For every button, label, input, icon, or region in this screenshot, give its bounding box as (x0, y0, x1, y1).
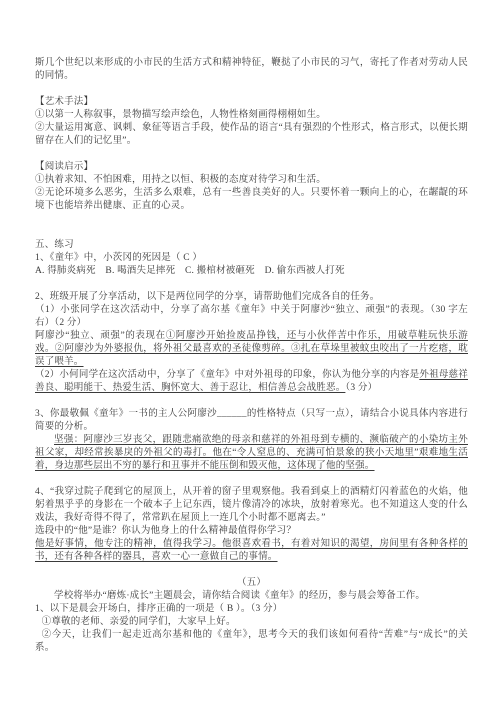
question-4-passage: 4、“我穿过院子爬到它的屋顶上，从开着的窗子里观察他。我看到桌上的酒精灯闪着蓝色… (35, 486, 468, 525)
reading-insight-item-2: ②无论环境多么恶劣，生活多么艰难，总有一些善良美好的人。只要怀着一颗向上的心，在… (35, 187, 468, 213)
text-segment: 阿廖沙“独立、顽强”的表现在 (35, 331, 166, 341)
question-1-options: A. 得肺炎病死 B. 喝酒失足摔死 C. 搬棺材被砸死 D. 偷东西被人打死 (35, 265, 468, 278)
question-2: 2、班级开展了分享活动，以下是两位同学的分享，请帮助他们完成各自的任务。 (35, 291, 468, 304)
section-header-exercises: 五、练习 (35, 239, 468, 252)
text-segment: 1、《童年》中，小茨冈的死因是（ C ） (35, 253, 202, 263)
art-technique-item-2: ②大量运用寓意、讽刺、象征等语言手段，使作品的语言“具有强烈的个性形式，格言形式… (35, 122, 468, 148)
section-header-five: （五） (35, 577, 468, 590)
reading-insight-item-1: ①执着求知、不怕困难，用持之以恒、积极的态度对待学习和生活。 (35, 174, 468, 187)
answer-text: 坚强：阿廖沙三岁丧父，跟随悲痛欲绝的母亲和慈祥的外祖母到专横的、濒临破产的小染坊… (35, 435, 468, 471)
section-five-question-1: 1、以下是晨会开场白，排序正确的一项是（ B ）。（3 分） (35, 603, 468, 616)
text-segment: 学校将举办“磨炼·成长”主题晨会，请你结合阅读《童年》的经历，参与晨会筹备工作。 (54, 591, 425, 601)
text-segment: 2、班级开展了分享活动，以下是两位同学的分享，请帮助他们完成各自的任务。 (35, 292, 379, 302)
answer-text: 他是好事情，他专注的精神，值得我学习。他很喜欢看书，有着对知识的渴望，房间里有各… (35, 539, 468, 562)
text-segment: 【阅读启示】 (35, 162, 93, 172)
section-five-intro: 学校将举办“磨炼·成长”主题晨会，请你结合阅读《童年》的经历，参与晨会筹备工作。 (35, 590, 468, 603)
text-segment: 4、“我穿过院子爬到它的屋顶上，从开着的窗子里观察他。我看到桌上的酒精灯闪着蓝色… (35, 487, 468, 523)
text-segment: ②今天，让我们一起走近高尔基和他的《童年》，思考今天的我们该如何看待“苦难”与“… (35, 630, 468, 653)
art-technique-item-1: ①以第一人称叙事，景物描写绘声绘色，人物性格刻画得栩栩如生。 (35, 109, 468, 122)
text-segment: （2）小何同学在这次活动中，分享了《童年》中对外祖母的印象，你认为他分享的内容是 (35, 370, 419, 380)
section-header-art-techniques: 【艺术手法】 (35, 96, 468, 109)
question-2-part-1: （1）小张同学在这次活动中，分享了高尔基《童年》中关于阿廖沙“独立、顽强”的表现… (35, 304, 468, 330)
text-segment: 五、练习 (35, 240, 74, 250)
text-segment: ①执着求知、不怕困难，用持之以恒、积极的态度对待学习和生活。 (35, 175, 326, 185)
question-2-part-1-answer: 阿廖沙“独立、顽强”的表现在①阿廖沙开始捡废品挣钱，还与小伙伴苦中作乐，用破草鞋… (35, 330, 468, 369)
text-segment: （五） (237, 578, 266, 588)
question-3: 3、你最敬佩《童年》一书的主人公阿廖沙______的性格特点（只写一点），请结合… (35, 408, 468, 434)
section-header-reading-insights: 【阅读启示】 (35, 161, 468, 174)
question-3-answer: 坚强：阿廖沙三岁丧父，跟随悲痛欲绝的母亲和慈祥的外祖母到专横的、濒临破产的小染坊… (35, 434, 468, 473)
text-segment: A. 得肺炎病死 B. 喝酒失足摔死 C. 搬棺材被砸死 D. 偷东西被人打死 (35, 266, 345, 276)
text-segment: （3 分） (345, 383, 377, 393)
question-4-answer: 他是好事情，他专注的精神，值得我学习。他很喜欢看书，有着对知识的渴望，房间里有各… (35, 538, 468, 564)
text-segment: 3、你最敬佩《童年》一书的主人公阿廖沙______的性格特点（只写一点），请结合… (35, 409, 468, 432)
opening-remarks-item-2: ②今天，让我们一起走近高尔基和他的《童年》，思考今天的我们该如何看待“苦难”与“… (35, 629, 468, 655)
text-segment: 斯几个世纪以来形成的小市民的生活方式和精神特征，鞭挞了小市民的习气，寄托了作者对… (35, 58, 468, 81)
text-segment: ②大量运用寓意、讽刺、象征等语言手段，使作品的语言“具有强烈的个性形式，格言形式… (35, 123, 468, 146)
question-4-prompt: 选段中的“他”是谁？你认为他身上的什么精神最值得你学习？ (35, 525, 468, 538)
worksheet-page: 斯几个世纪以来形成的小市民的生活方式和精神特征，鞭挞了小市民的习气，寄托了作者对… (0, 0, 500, 707)
text-segment: ②无论环境多么恶劣，生活多么艰难，总有一些善良美好的人。只要怀着一颗向上的心，在… (35, 188, 468, 211)
text-segment: ①以第一人称叙事，景物描写绘声绘色，人物性格刻画得栩栩如生。 (35, 110, 326, 120)
intro-continuation-paragraph: 斯几个世纪以来形成的小市民的生活方式和精神特征，鞭挞了小市民的习气，寄托了作者对… (35, 57, 468, 83)
text-segment: ①尊敬的老师、亲爱的同学们，大家早上好。 (42, 617, 236, 627)
text-segment: 1、以下是晨会开场白，排序正确的一项是（ B ）。（3 分） (35, 604, 282, 614)
text-segment: 选段中的“他”是谁？你认为他身上的什么精神最值得你学习？ (35, 526, 296, 536)
text-segment: （1）小张同学在这次活动中，分享了高尔基《童年》中关于阿廖沙“独立、顽强”的表现… (35, 305, 468, 328)
question-1: 1、《童年》中，小茨冈的死因是（ C ） (35, 252, 468, 265)
question-2-part-2: （2）小何同学在这次活动中，分享了《童年》中对外祖母的印象，你认为他分享的内容是… (35, 369, 468, 395)
text-segment: 【艺术手法】 (35, 97, 93, 107)
opening-remarks-item-1: ①尊敬的老师、亲爱的同学们，大家早上好。 (35, 616, 468, 629)
document-body: 斯几个世纪以来形成的小市民的生活方式和精神特征，鞭挞了小市民的习气，寄托了作者对… (35, 57, 468, 655)
